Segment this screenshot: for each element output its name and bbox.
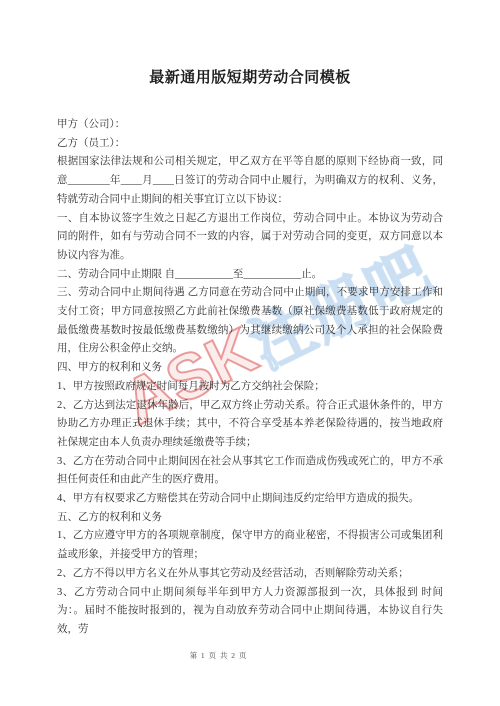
document-body: 甲方（公司）： 乙方（员工）： 根据国家法律法规和公司相关规定，甲乙双方在平等自… bbox=[57, 116, 443, 640]
paragraph-clause-5-heading: 五、乙方的权利和义务 bbox=[57, 509, 443, 528]
paragraph-clause-3: 三、劳动合同中止期间待遇 乙方同意在劳动合同中止期间，不要求甲方安排工作和支付工… bbox=[57, 284, 443, 359]
paragraph-party-b: 乙方（员工）： bbox=[57, 135, 443, 154]
paragraph-clause-4-heading: 四、甲方的权利和义务 bbox=[57, 359, 443, 378]
paragraph-clause-5-item-1: 1、乙方应遵守甲方的各项规章制度，保守甲方的商业秘密，不得损害公司或集团利益或形… bbox=[57, 527, 443, 564]
document-title: 最新通用版短期劳动合同模板 bbox=[0, 66, 500, 87]
paragraph-clause-4-item-1: 1、甲方按照政府规定时间每月按时为乙方交纳社会保险； bbox=[57, 378, 443, 397]
paragraph-clause-5-item-2: 2、乙方不得以甲方名义在外从事其它劳动及经营活动，否则解除劳动关系； bbox=[57, 565, 443, 584]
document-page: ASK注册吧 最新通用版短期劳动合同模板 甲方（公司）： 乙方（员工）： 根据国… bbox=[0, 0, 500, 706]
paragraph-preamble: 根据国家法律法规和公司相关规定，甲乙双方在平等自愿的原则下经协商一致，同意___… bbox=[57, 153, 443, 209]
paragraph-clause-5-item-3: 3、乙方劳动合同中止期间须每半年到甲方人力资源部报到一次，具体报到 时间为：。届… bbox=[57, 584, 443, 640]
paragraph-clause-2: 二、劳动合同中止期限 自___________至___________止。 bbox=[57, 266, 443, 285]
paragraph-clause-4-item-2: 2、乙方达到法定退休年龄后，甲乙双方终止劳动关系。符合正式退休条件的，甲方协助乙… bbox=[57, 397, 443, 453]
page-number: 第 1 页 共 2 页 bbox=[0, 650, 437, 661]
paragraph-clause-4-item-3: 3、乙方在劳动合同中止期间因在社会从事其它工作而造成伤残或死亡的，甲方不承担任何… bbox=[57, 453, 443, 490]
paragraph-clause-4-item-4: 4、甲方有权要求乙方赔偿其在劳动合同中止期间违反约定给甲方造成的损失。 bbox=[57, 490, 443, 509]
paragraph-party-a: 甲方（公司）： bbox=[57, 116, 443, 135]
paragraph-clause-1: 一、自本协议签字生效之日起乙方退出工作岗位，劳动合同中止。本协议为劳动合同的附件… bbox=[57, 210, 443, 266]
